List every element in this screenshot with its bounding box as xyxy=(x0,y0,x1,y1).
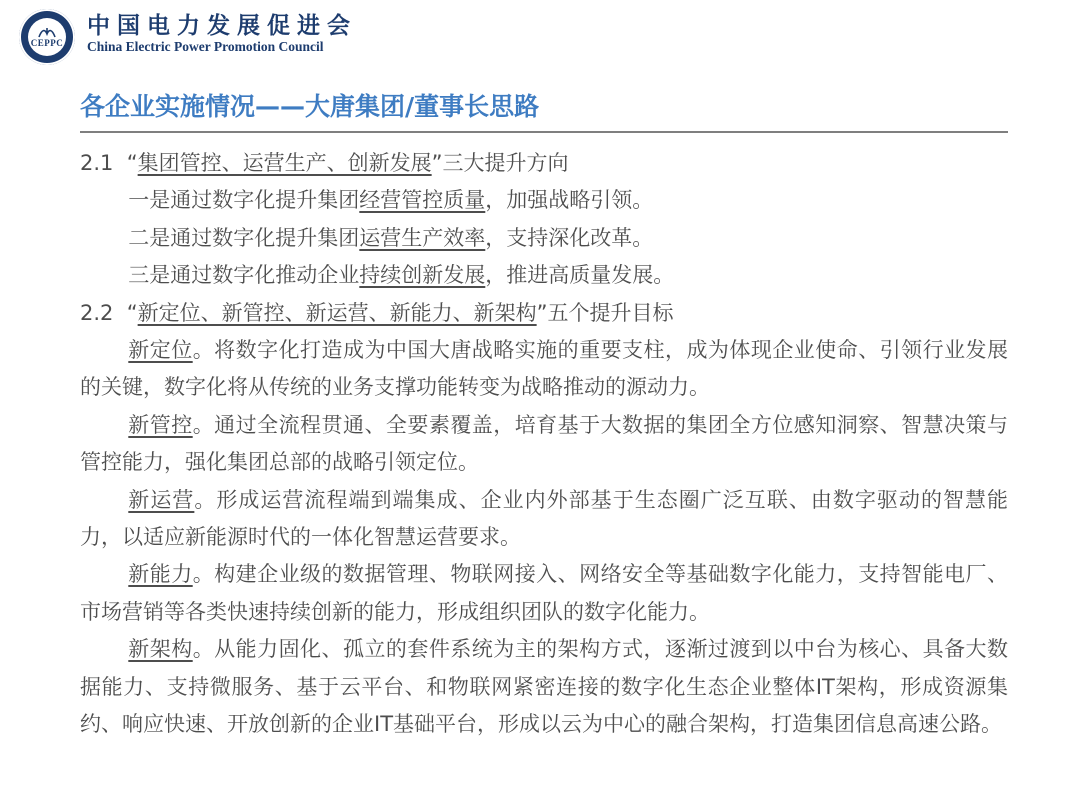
text-run: 。从能力固化、孤立的套件系统为主的架构方式，逐渐过渡到以中台为核心、具备大数据能… xyxy=(80,637,1008,736)
paragraph: 新运营。形成运营流程端到端集成、企业内外部基于生态圈广泛互联、由数字驱动的智慧能… xyxy=(80,482,1008,557)
org-name-en: China Electric Power Promotion Council xyxy=(87,39,357,54)
paragraph: 2.2 “新定位、新管控、新运营、新能力、新架构”五个提升目标 xyxy=(80,295,1008,332)
underlined-text: 新管控 xyxy=(128,413,192,437)
underlined-text: 经营管控质量 xyxy=(359,188,485,212)
paragraph: 二是通过数字化提升集团运营生产效率，支持深化改革。 xyxy=(80,220,1008,257)
underlined-text: 新架构 xyxy=(128,637,192,661)
text-run: ，推进高质量发展。 xyxy=(485,263,674,287)
text-run: ”三大提升方向 xyxy=(432,151,569,175)
ceppc-logo-icon: CEPPC xyxy=(19,9,75,65)
ceppc-logo-inner: CEPPC xyxy=(28,18,66,56)
slide-page: CEPPC 中国电力发展促进会 China Electric Power Pro… xyxy=(0,0,1080,799)
text-run: 。将数字化打造成为中国大唐战略实施的重要支柱，成为体现企业使命、引领行业发展的关… xyxy=(80,338,1008,399)
text-run: 一是通过数字化提升集团 xyxy=(128,188,359,212)
text-run: 2.2 “ xyxy=(80,301,138,325)
bird-emblem-icon xyxy=(38,27,56,38)
logo-abbr-text: CEPPC xyxy=(31,39,64,48)
underlined-text: 运营生产效率 xyxy=(359,226,485,250)
paragraph: 三是通过数字化推动企业持续创新发展，推进高质量发展。 xyxy=(80,257,1008,294)
paragraph: 新架构。从能力固化、孤立的套件系统为主的架构方式，逐渐过渡到以中台为核心、具备大… xyxy=(80,631,1008,743)
text-run: 。构建企业级的数据管理、物联网接入、网络安全等基础数字化能力，支持智能电厂、市场… xyxy=(80,562,1008,623)
content-text: 2.1 “集团管控、运营生产、创新发展”三大提升方向一是通过数字化提升集团经营管… xyxy=(80,145,1008,744)
org-wordmark: 中国电力发展促进会 China Electric Power Promotion… xyxy=(87,13,357,54)
title-divider xyxy=(80,131,1008,133)
text-run: 二是通过数字化提升集团 xyxy=(128,226,359,250)
text-run: 。通过全流程贯通、全要素覆盖，培育基于大数据的集团全方位感知洞察、智慧决策与管控… xyxy=(80,413,1008,474)
underlined-text: 新定位、新管控、新运营、新能力、新架构 xyxy=(138,301,537,325)
text-run: 三是通过数字化推动企业 xyxy=(128,263,359,287)
paragraph: 新定位。将数字化打造成为中国大唐战略实施的重要支柱，成为体现企业使命、引领行业发… xyxy=(80,332,1008,407)
underlined-text: 新运营 xyxy=(128,488,194,512)
text-run: ，加强战略引领。 xyxy=(485,188,653,212)
underlined-text: 新定位 xyxy=(128,338,192,362)
org-name-cn: 中国电力发展促进会 xyxy=(87,13,357,39)
paragraph: 新管控。通过全流程贯通、全要素覆盖，培育基于大数据的集团全方位感知洞察、智慧决策… xyxy=(80,407,1008,482)
text-run: 2.1 “ xyxy=(80,151,138,175)
paragraph: 新能力。构建企业级的数据管理、物联网接入、网络安全等基础数字化能力，支持智能电厂… xyxy=(80,556,1008,631)
header: CEPPC 中国电力发展促进会 China Electric Power Pro… xyxy=(0,0,1080,65)
paragraph: 一是通过数字化提升集团经营管控质量，加强战略引领。 xyxy=(80,182,1008,219)
text-run: 。形成运营流程端到端集成、企业内外部基于生态圈广泛互联、由数字驱动的智慧能力，以… xyxy=(80,488,1008,549)
text-run: ，支持深化改革。 xyxy=(485,226,653,250)
slide-body: 各企业实施情况——大唐集团/董事长思路 2.1 “集团管控、运营生产、创新发展”… xyxy=(0,92,1080,744)
page-title: 各企业实施情况——大唐集团/董事长思路 xyxy=(80,92,1008,122)
underlined-text: 新能力 xyxy=(128,562,192,586)
text-run: ”五个提升目标 xyxy=(537,301,674,325)
underlined-text: 持续创新发展 xyxy=(359,263,485,287)
underlined-text: 集团管控、运营生产、创新发展 xyxy=(138,151,432,175)
paragraph: 2.1 “集团管控、运营生产、创新发展”三大提升方向 xyxy=(80,145,1008,182)
